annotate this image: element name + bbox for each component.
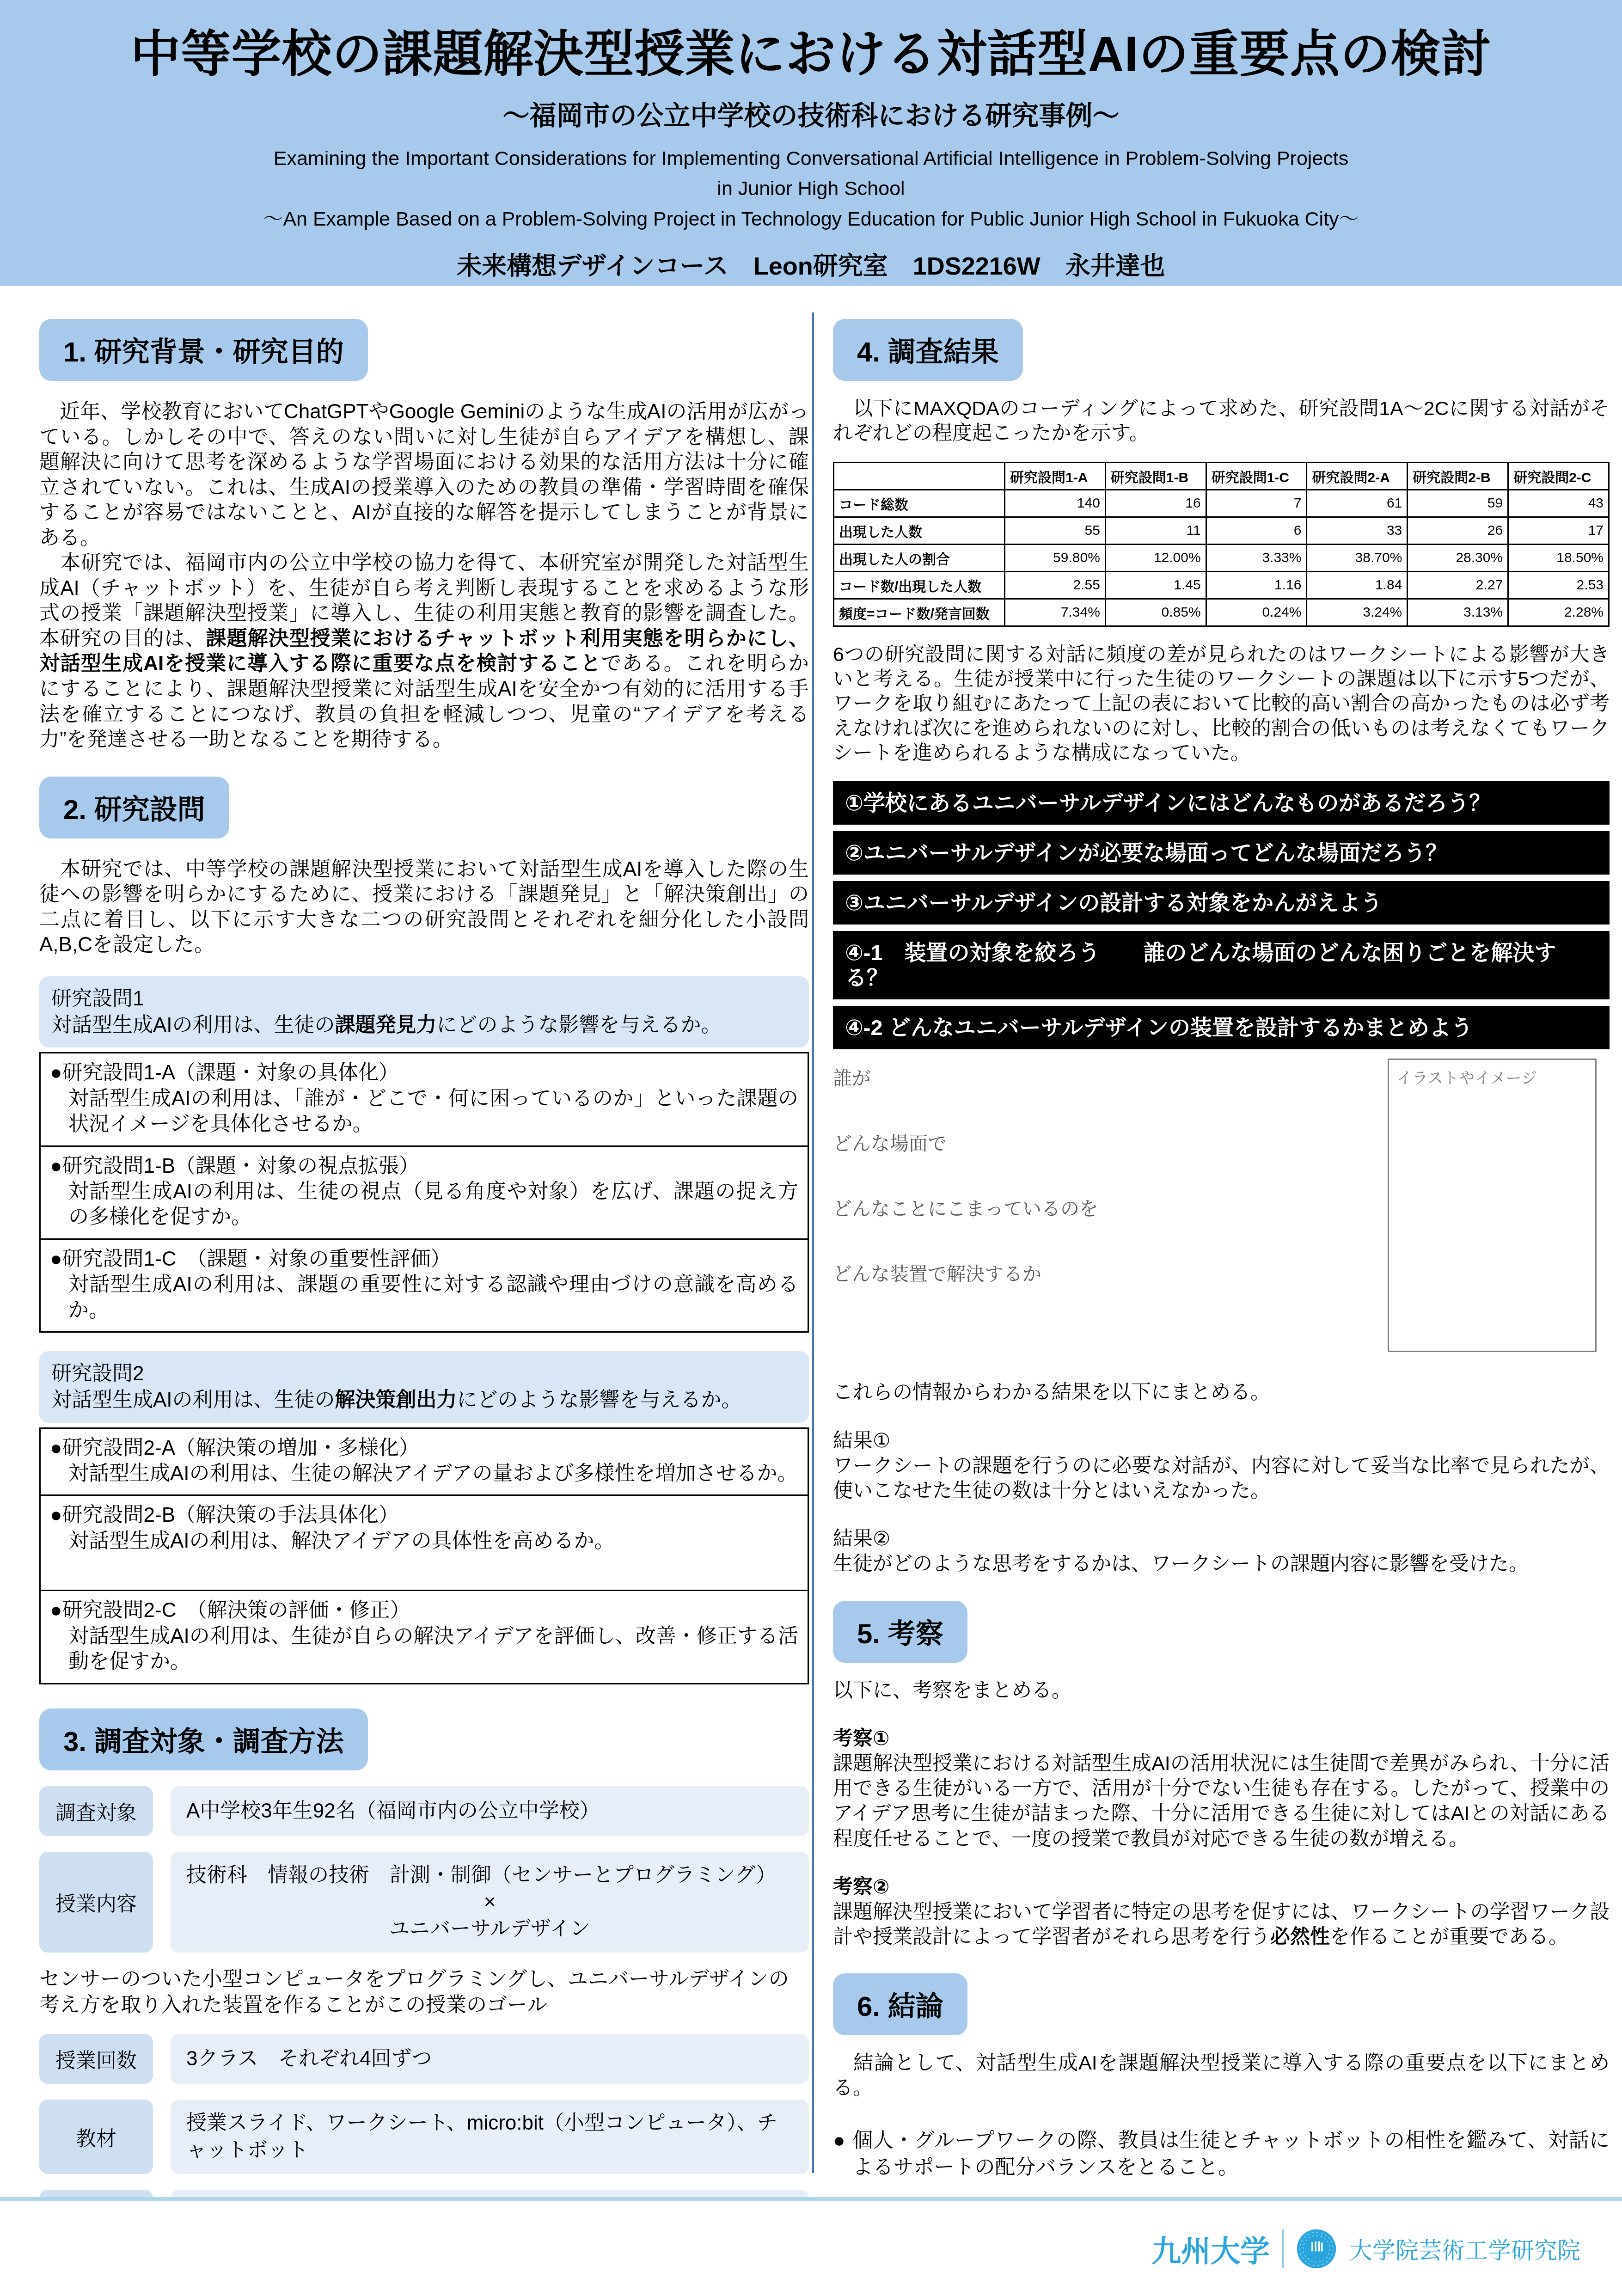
worksheet-task-bar: ②ユニバーサルデザインが必要な場面ってどんな場面だろう？ [833, 831, 1610, 875]
subquestion-1a-body: 対話型生成AIの利用は、「誰が・どこで・何に困っているのか」といった課題の状況イ… [50, 1086, 798, 1137]
section-heading-discussion: 5. 考察 [833, 1601, 967, 1663]
rq2-subquestions: ●研究設問2-A（解決策の増加・多様化） 対話型生成AIの利用は、生徒の解決アイ… [39, 1427, 809, 1684]
left-column: 1. 研究背景・研究目的 近年、学校教育においてChatGPTやGoogle G… [39, 319, 809, 2264]
discussion-item-2: 考察② 課題解決型授業において学習者に特定の思考を促すには、ワークシートの学習ワ… [833, 1874, 1610, 1950]
conclusion-bullet-1: ● 個人・グループワークの際、教員は生徒とチャットボットの相性を鑑みて、対話によ… [833, 2127, 1610, 2181]
method-goal-note: センサーのついた小型コンピュータをプログラミングし、ユニバーサルデザインの考え方… [39, 1966, 809, 2019]
illustration-placeholder-box: イラストやイメージ [1388, 1059, 1597, 1352]
table-cell: 3.24% [1307, 599, 1408, 626]
method-materials-value: 授業スライド、ワークシート、micro:bit（小型コンピュータ）、チャットボッ… [171, 2100, 809, 2174]
rq1-pre: 対話型生成AIの利用は、生徒の [51, 1014, 335, 1036]
table-cell: 2.28% [1508, 599, 1609, 626]
conclusion-intro: 結論として、対話型生成AIを課題解決型授業に導入する際の重要点を以下にまとめる。 [833, 2051, 1610, 2100]
subquestion-1b-title: ●研究設問1-B（課題・対象の視点拡張） [50, 1153, 798, 1179]
rq1-bold: 課題発見力 [335, 1014, 437, 1036]
bullet-dot-icon: ● [833, 2127, 845, 2181]
method-content-line3: ユニバーサルデザイン [186, 1916, 793, 1942]
illustration-label: イラストやイメージ [1396, 1070, 1537, 1087]
discussion-item-1: 考察① 課題解決型授業における対話型生成AIの活用状況には生徒間で差異がみられ、… [833, 1726, 1610, 1851]
table-row: 出現した人の割合 59.80% 12.00% 3.33% 38.70% 28.3… [834, 544, 1609, 571]
table-col-header-2b: 研究設問2-B [1408, 462, 1508, 490]
subquestion-2a: ●研究設問2-A（解決策の増加・多様化） 対話型生成AIの利用は、生徒の解決アイ… [41, 1429, 808, 1496]
table-cell: 59.80% [1005, 544, 1106, 571]
table-row-label: コード数/出現した人数 [834, 571, 1005, 599]
subquestion-2b-body: 対話型生成AIの利用は、解決アイデアの具体性を高めるか。 [50, 1528, 798, 1554]
rq1-statement: 対話型生成AIの利用は、生徒の課題発見力にどのような影響を与えるか。 [51, 1012, 797, 1038]
kyushu-university-logo-icon [1296, 2228, 1337, 2270]
table-col-header-2c: 研究設問2-C [1508, 462, 1609, 490]
section-heading-conclusion: 6. 結論 [833, 1973, 967, 2035]
subquestion-2a-body: 対話型生成AIの利用は、生徒の解決アイデアの量および多様性を増加させるか。 [50, 1461, 798, 1486]
subquestion-1c-body: 対話型生成AIの利用は、課題の重要性に対する認識や理由づけの意識を高めるか。 [50, 1272, 798, 1323]
rq1-label: 研究設問1 [51, 986, 797, 1012]
table-header-row: 研究設問1-A 研究設問1-B 研究設問1-C 研究設問2-A 研究設問2-B … [834, 462, 1609, 490]
research-question-2-box: 研究設問2 対話型生成AIの利用は、生徒の解決策創出力にどのような影響を与えるか… [39, 1351, 809, 1422]
subquestion-2c: ●研究設問2-C （解決策の評価・修正） 対話型生成AIの利用は、生徒が自らの解… [41, 1591, 808, 1683]
rq2-statement: 対話型生成AIの利用は、生徒の解決策創出力にどのような影響を与えるか。 [51, 1387, 797, 1413]
subquestion-2c-title: ●研究設問2-C （解決策の評価・修正） [50, 1598, 798, 1623]
poster-footer: 九州大学 大学院芸術工学研究院 [0, 2197, 1622, 2296]
table-col-header-1b: 研究設問1-B [1105, 462, 1206, 490]
discussion-intro: 以下に、考察をまとめる。 [833, 1678, 1610, 1703]
background-paragraph-1: 近年、学校教育においてChatGPTやGoogle Geminiのような生成AI… [39, 399, 809, 551]
table-cell: 1.16 [1206, 571, 1307, 599]
university-logo-block: 九州大学 大学院芸術工学研究院 [1151, 2228, 1580, 2270]
department-name: 大学院芸術工学研究院 [1349, 2232, 1580, 2265]
conclusion-bullet-1-text: 個人・グループワークの際、教員は生徒とチャットボットの相性を鑑みて、対話によるサ… [853, 2127, 1610, 2181]
table-row-label: 出現した人数 [834, 517, 1005, 544]
table-cell: 1.84 [1307, 571, 1408, 599]
table-cell: 0.24% [1206, 599, 1307, 626]
rq2-label: 研究設問2 [51, 1360, 797, 1387]
poster-subtitle: ～福岡市の公立中学校の技術科における研究事例～ [0, 94, 1622, 133]
table-row: コード数/出現した人数 2.55 1.45 1.16 1.84 2.27 2.5… [834, 571, 1609, 599]
table-cell: 26 [1408, 517, 1508, 544]
subquestion-2a-title: ●研究設問2-A（解決策の増加・多様化） [50, 1435, 798, 1461]
subquestion-1a: ●研究設問1-A（課題・対象の具体化） 対話型生成AIの利用は、「誰が・どこで・… [41, 1053, 808, 1146]
table-cell: 2.27 [1408, 571, 1508, 599]
table-col-header-1c: 研究設問1-C [1206, 462, 1307, 490]
research-question-1-box: 研究設問1 対話型生成AIの利用は、生徒の課題発見力にどのような影響を与えるか。 [39, 976, 809, 1047]
subquestion-1c: ●研究設問1-C （課題・対象の重要性評価） 対話型生成AIの利用は、課題の重要… [41, 1240, 808, 1331]
author-line: 未来構想デザインコース Leon研究室 1DS2216W 永井達也 [0, 246, 1622, 282]
rq1-post: にどのような影響を与えるか。 [437, 1014, 722, 1036]
table-corner-cell [834, 462, 1005, 490]
table-cell: 2.55 [1005, 571, 1106, 599]
subquestion-1b-body: 対話型生成AIの利用は、生徒の視点（見る角度や対象）を広げ、課題の捉え方の多様化… [50, 1179, 798, 1230]
method-count-label: 授業回数 [39, 2034, 153, 2084]
method-row-count: 授業回数 3クラス それぞれ4回ずつ [39, 2034, 809, 2084]
subquestion-2b: ●研究設問2-B（解決策の手法具体化） 対話型生成AIの利用は、解決アイデアの具… [41, 1496, 808, 1591]
table-row-label: 出現した人の割合 [834, 544, 1005, 571]
english-title-line2: in Junior High School [0, 174, 1622, 204]
table-cell: 16 [1105, 490, 1206, 517]
right-column: 4. 調査結果 以下にMAXQDAのコーディングによって求めた、研究設問1A～2… [833, 319, 1610, 2261]
table-cell: 7 [1206, 490, 1307, 517]
method-target-value: A中学校3年生92名（福岡市内の公立中学校） [171, 1786, 809, 1836]
rq1-subquestions: ●研究設問1-A（課題・対象の具体化） 対話型生成AIの利用は、「誰が・どこで・… [39, 1052, 809, 1333]
table-row: 出現した人数 55 11 6 33 26 17 [834, 517, 1609, 544]
worksheet-task-bar: ④-2 どんなユニバーサルデザインの装置を設計するかまとめよう [833, 1006, 1610, 1049]
poster-title-english: Examining the Important Considerations f… [0, 144, 1622, 234]
discussion-item-2-bold: 必然性 [1270, 1926, 1330, 1948]
table-row: 頻度=コード数/発言回数 7.34% 0.85% 0.24% 3.24% 3.1… [834, 599, 1609, 626]
section-heading-method: 3. 調査対象・調査方法 [39, 1708, 368, 1770]
result-1-label: 結果① [833, 1428, 1610, 1453]
subquestion-2b-title: ●研究設問2-B（解決策の手法具体化） [50, 1502, 798, 1528]
table-row: コード総数 140 16 7 61 59 43 [834, 490, 1609, 517]
discussion-item-1-label: 考察① [833, 1726, 1610, 1751]
english-title-line1: Examining the Important Considerations f… [0, 144, 1622, 174]
worksheet-task-bar: ③ユニバーサルデザインの設計する対象をかんがえよう [833, 881, 1610, 925]
table-row-label: コード総数 [834, 490, 1005, 517]
method-content-line2: × [186, 1889, 793, 1916]
method-content-value: 技術科 情報の技術 計測・制御（センサーとプログラミング） × ユニバーサルデザ… [171, 1852, 809, 1953]
english-title-line3: ～An Example Based on a Problem-Solving P… [0, 204, 1622, 234]
rq2-pre: 対話型生成AIの利用は、生徒の [51, 1389, 335, 1411]
method-content-label: 授業内容 [39, 1852, 153, 1953]
method-row-materials: 教材 授業スライド、ワークシート、micro:bit（小型コンピュータ）、チャッ… [39, 2100, 809, 2174]
table-cell: 33 [1307, 517, 1408, 544]
background-paragraph-2: 本研究では、福岡市内の公立中学校の協力を得て、本研究室が開発した対話型生成AI（… [39, 551, 809, 752]
discussion-item-2-label: 考察② [833, 1874, 1610, 1899]
results-intro: 以下にMAXQDAのコーディングによって求めた、研究設問1A～2Cに関する対話が… [833, 397, 1610, 446]
worksheet-excerpt: 誰が どんな場面で どんなことにこまっているのを どんな装置で解決するか イラス… [833, 1059, 1610, 1357]
section-heading-background: 1. 研究背景・研究目的 [39, 319, 368, 381]
rq2-bold: 解決策創出力 [335, 1389, 457, 1411]
table-cell: 3.33% [1206, 544, 1307, 571]
result-2: 結果② 生徒がどのような思考をするかは、ワークシートの課題内容に影響を受けた。 [833, 1526, 1610, 1576]
table-col-header-1a: 研究設問1-A [1005, 462, 1106, 490]
table-cell: 7.34% [1005, 599, 1106, 626]
questions-intro: 本研究では、中等学校の課題解決型授業において対話型生成AIを導入した際の生徒への… [39, 857, 809, 958]
discussion-item-2-post: を作ることが重要である。 [1330, 1926, 1568, 1948]
discussion-item-1-text: 課題解決型授業における対話型生成AIの活用状況には生徒間で差異がみられ、十分に活… [833, 1752, 1610, 1850]
subquestion-1c-title: ●研究設問1-C （課題・対象の重要性評価） [50, 1246, 798, 1272]
table-cell: 61 [1307, 490, 1408, 517]
table-col-header-2a: 研究設問2-A [1307, 462, 1408, 490]
poster-body: 1. 研究背景・研究目的 近年、学校教育においてChatGPTやGoogle G… [0, 286, 1622, 2199]
logo-separator-bar [1282, 2229, 1284, 2268]
table-cell: 11 [1105, 517, 1206, 544]
table-row-label: 頻度=コード数/発言回数 [834, 599, 1005, 626]
table-cell: 43 [1508, 490, 1609, 517]
method-content-line1: 技術科 情報の技術 計測・制御（センサーとプログラミング） [186, 1862, 793, 1889]
table-cell: 1.45 [1105, 571, 1206, 599]
table-cell: 12.00% [1105, 544, 1206, 571]
method-row-content: 授業内容 技術科 情報の技術 計測・制御（センサーとプログラミング） × ユニバ… [39, 1852, 809, 1953]
result-1-text: ワークシートの課題を行うのに必要な対話が、内容に対して妥当な比率で見られたが、使… [833, 1455, 1610, 1502]
results-summary-note: これらの情報からわかる結果を以下にまとめる。 [833, 1380, 1610, 1405]
worksheet-task-bar: ①学校にあるユニバーサルデザインにはどんなものがあるだろう？ [833, 781, 1610, 825]
rq2-post: にどのような影響を与えるか。 [457, 1389, 742, 1411]
research-poster: 中等学校の課題解決型授業における対話型AIの重要点の検討 ～福岡市の公立中学校の… [0, 0, 1622, 2296]
table-cell: 38.70% [1307, 544, 1408, 571]
result-1: 結果① ワークシートの課題を行うのに必要な対話が、内容に対して妥当な比率で見られ… [833, 1428, 1610, 1504]
method-target-label: 調査対象 [39, 1786, 153, 1836]
results-analysis: 6つの研究設問に関する対話に頻度の差が見られたのはワークシートによる影響が大きい… [833, 643, 1610, 766]
method-count-value: 3クラス それぞれ4回ずつ [171, 2034, 809, 2084]
table-cell: 18.50% [1508, 544, 1609, 571]
table-cell: 140 [1005, 490, 1106, 517]
table-cell: 0.85% [1105, 599, 1206, 626]
table-cell: 6 [1206, 517, 1307, 544]
column-divider [812, 312, 814, 2173]
table-cell: 55 [1005, 517, 1106, 544]
subquestion-2c-body: 対話型生成AIの利用は、生徒が自らの解決アイデアを評価し、改善・修正する活動を促… [50, 1623, 798, 1675]
method-row-target: 調査対象 A中学校3年生92名（福岡市内の公立中学校） [39, 1786, 809, 1836]
table-cell: 28.30% [1408, 544, 1508, 571]
table-cell: 17 [1508, 517, 1609, 544]
worksheet-task-bar: ④-1 装置の対象を絞ろう 誰のどんな場面のどんな困りごとを解決する？ [833, 931, 1610, 999]
section-heading-results: 4. 調査結果 [833, 319, 1023, 381]
subquestion-1a-title: ●研究設問1-A（課題・対象の具体化） [50, 1060, 798, 1085]
coding-results-table: 研究設問1-A 研究設問1-B 研究設問1-C 研究設問2-A 研究設問2-B … [833, 462, 1610, 627]
method-materials-label: 教材 [39, 2100, 153, 2174]
university-name: 九州大学 [1151, 2228, 1270, 2270]
table-cell: 3.13% [1408, 599, 1508, 626]
table-cell: 2.53 [1508, 571, 1609, 599]
result-2-text: 生徒がどのような思考をするかは、ワークシートの課題内容に影響を受けた。 [833, 1553, 1529, 1575]
section-heading-questions: 2. 研究設問 [39, 777, 229, 839]
worksheet-task-list: ①学校にあるユニバーサルデザインにはどんなものがあるだろう？ ②ユニバーサルデザ… [833, 781, 1610, 1049]
table-cell: 59 [1408, 490, 1508, 517]
result-2-label: 結果② [833, 1526, 1610, 1551]
subquestion-1b: ●研究設問1-B（課題・対象の視点拡張） 対話型生成AIの利用は、生徒の視点（見… [41, 1147, 808, 1240]
poster-header: 中等学校の課題解決型授業における対話型AIの重要点の検討 ～福岡市の公立中学校の… [0, 0, 1622, 286]
poster-title: 中等学校の課題解決型授業における対話型AIの重要点の検討 [0, 0, 1622, 86]
